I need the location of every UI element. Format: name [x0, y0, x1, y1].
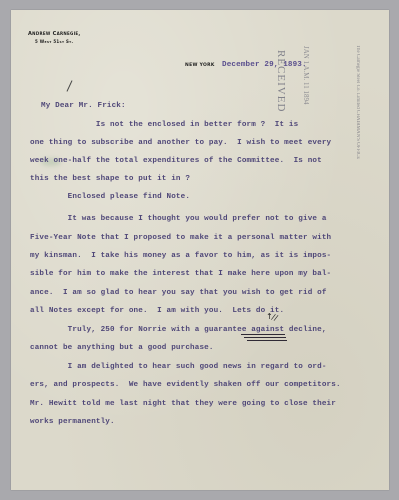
body-line: my kinsman. I take his money as a favor … — [30, 252, 331, 260]
body-line: ance. I am so glad to hear you say that … — [30, 289, 327, 297]
letter-date: December 29, 1893. — [222, 61, 307, 69]
body-line: ers, and prospects. We have evidently sh… — [30, 381, 341, 389]
organization-stamp: The Carnegie Steel Co. Limited CHAIRMAN'… — [354, 45, 361, 159]
handwritten-underline — [244, 337, 286, 338]
letterhead-name: Andrew Carnegie, — [28, 31, 81, 37]
received-stamp: RECEIVED — [275, 50, 287, 112]
body-line: this the best shape to put it in ? — [30, 175, 190, 183]
body-line: I am delighted to hear such good news in… — [30, 363, 327, 371]
body-line: works permanently. — [30, 418, 115, 426]
letter-place: NEW YORK — [185, 63, 215, 68]
letterhead-address: 5 West 51st St. — [35, 39, 73, 44]
body-line: Truly, 250 for Norrie with a guarantee a… — [30, 326, 327, 334]
body-line: one thing to subscribe and another to pa… — [30, 139, 331, 147]
body-line: cannot be anything but a good purchase. — [30, 344, 214, 352]
body-line: Mr. Hewitt told me last night that they … — [30, 400, 336, 408]
handwritten-underline — [241, 334, 285, 335]
letter-page: Andrew Carnegie, 5 West 51st St. NEW YOR… — [11, 10, 389, 490]
body-line: Five-Year Note that I proposed to make i… — [30, 234, 331, 242]
handwritten-slash-mark: // — [271, 312, 279, 322]
date-stamp: JAN 1 A.M. 11 1894 — [301, 46, 310, 104]
body-line: week one-half the total expenditures of … — [30, 157, 322, 165]
body-line: all Notes except for one. I am with you.… — [30, 307, 284, 315]
body-line: Enclosed please find Note. — [30, 193, 190, 201]
handwritten-underline — [247, 340, 287, 341]
body-line: Is not the enclosed in better form ? It … — [30, 121, 298, 129]
body-line: It was because I thought you would prefe… — [30, 215, 327, 223]
pencil-tick-mark — [67, 80, 73, 91]
salutation: My Dear Mr. Frick: — [41, 102, 126, 110]
body-line: sible for him to make the interest that … — [30, 270, 331, 278]
